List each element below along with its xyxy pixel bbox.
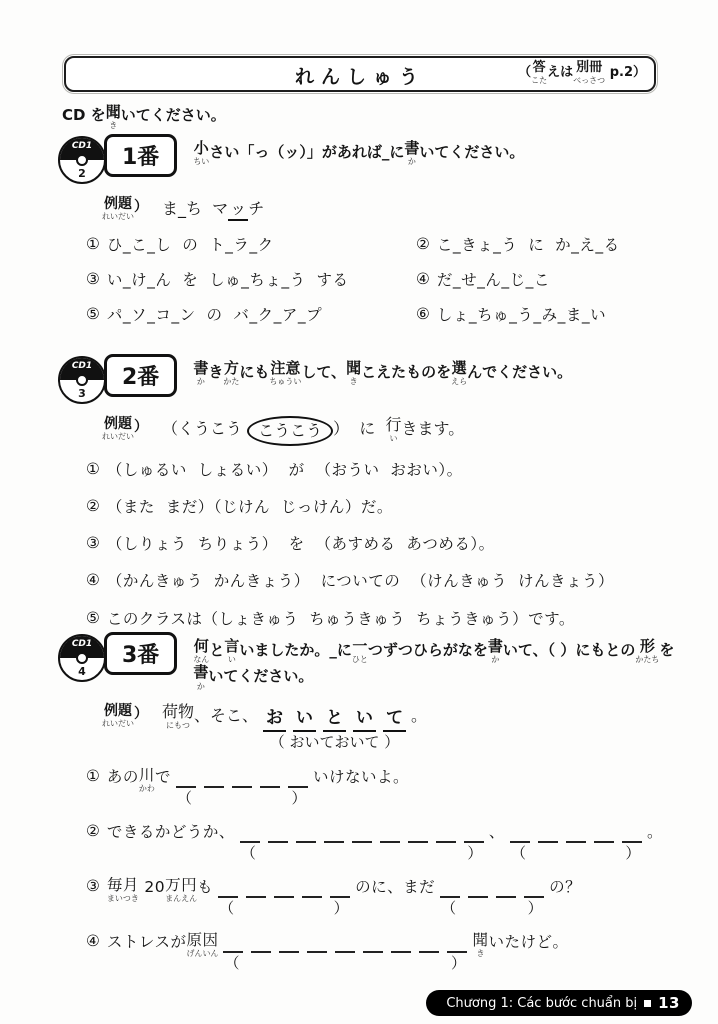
cd-hole-icon — [76, 652, 88, 664]
example-label: 例題れいだい） — [102, 416, 148, 441]
item-text: しょ_ちゅ_う_み_ま_い — [437, 305, 606, 325]
exercise-item: ⑤ このクラスは（しょきゅう ちゅうきゅう ちょうきゅう）です。 — [86, 609, 688, 629]
item-text: ひ_こ_し の ト_ラ_ク — [107, 235, 274, 255]
example-row: 例題れいだい） （くうこう こうこう） に 行いきます。 — [102, 416, 688, 446]
example-text: ま_ち マッチ — [162, 196, 264, 219]
exercise-items: ① あの川かわで（）いけないよ。 ② できるかどうか、（）、（）。 ③ 毎月まい… — [86, 767, 688, 974]
square-bullet-icon — [644, 1000, 651, 1007]
item-text: （また まだ）（じけん じっけん）だ。 — [107, 497, 393, 517]
item-number: ④ — [86, 571, 100, 589]
cd-track-number: 4 — [60, 665, 104, 678]
cd-disc-icon: CD1 4 — [58, 634, 106, 682]
example-row: 例題れいだい） ま_ち マッチ — [102, 196, 688, 221]
section-2: CD1 3 2番 書かき方かたにも注意ちゅういして、聞きこえたものを選えらんでく… — [58, 354, 688, 646]
exercise-item: ④ （かんきゅう かんきょう） についての （けんきゅう けんきょう） — [86, 571, 688, 591]
item-number: ⑤ — [86, 305, 100, 323]
exercise-items: ① ひ_こ_し の ト_ラ_ク ② こ_きょ_う に か_え_る ③ い_け_ん… — [86, 235, 688, 325]
section-3-head: CD1 4 3番 何なんと言いいましたか。_に一ひとつずつひらがなを書かいて、（… — [58, 632, 688, 691]
exercise-item: ③ （しりょう ちりょう） を （あすめる あつめる）。 — [86, 534, 688, 554]
example-text: 荷物にもつ、そこ、おいといて（ おいておいて ）。 — [162, 703, 427, 753]
item-text: 毎月まいつき 20万円まんえんも（）のに、まだ（）の？ — [107, 877, 581, 919]
example-row: 例題れいだい） 荷物にもつ、そこ、おいといて（ おいておいて ）。 — [102, 703, 688, 753]
item-text: このクラスは（しょきゅう ちゅうきゅう ちょうきゅう）です。 — [107, 609, 575, 629]
item-number: ② — [86, 497, 100, 515]
cd-disc-icon: CD1 3 — [58, 356, 106, 404]
section-instruction: 小ちいさい「っ（ッ）」があれば_に書かいてください。 — [193, 134, 524, 166]
exercise-item: ① あの川かわで（）いけないよ。 — [86, 767, 688, 809]
section-number-badge: 1番 — [104, 134, 177, 177]
item-text: （かんきゅう かんきょう） についての （けんきゅう けんきょう） — [107, 571, 614, 591]
exercise-item: ② できるかどうか、（）、（）。 — [86, 822, 688, 864]
exercise-item: ① ひ_こ_し の ト_ラ_ク — [86, 235, 416, 255]
exercise-item: ① （しゅるい しょるい） が （おうい おおい）。 — [86, 460, 688, 480]
exercise-item: ⑤ パ_ソ_コ_ン の バ_ク_ア_プ — [86, 305, 416, 325]
exercise-item: ③ い_け_ん を しゅ_ちょ_う する — [86, 270, 416, 290]
intro-line: CD を聞きいてください。 — [62, 104, 226, 130]
item-number: ③ — [86, 270, 100, 288]
item-number: ② — [416, 235, 430, 253]
item-text: い_け_ん を しゅ_ちょ_う する — [107, 270, 349, 290]
item-number: ⑥ — [416, 305, 430, 323]
cd-hole-icon — [76, 154, 88, 166]
section-1-head: CD1 2 1番 小ちいさい「っ（ッ）」があれば_に書かいてください。 — [58, 134, 688, 184]
item-number: ④ — [416, 270, 430, 288]
example-label: 例題れいだい） — [102, 196, 148, 221]
exercise-item: ⑥ しょ_ちゅ_う_み_ま_い — [416, 305, 688, 325]
item-number: ① — [86, 235, 100, 253]
item-text: できるかどうか、（）、（）。 — [107, 822, 663, 864]
answer-reference-note: （答こたえは別冊べっさつ p.2） — [518, 61, 646, 85]
section-number-badge: 2番 — [104, 354, 177, 397]
page-title: れんしゅう — [295, 62, 425, 89]
cd-track-number: 2 — [60, 167, 104, 180]
item-text: パ_ソ_コ_ン の バ_ク_ア_プ — [107, 305, 322, 325]
cd-disc-icon: CD1 2 — [58, 136, 106, 184]
item-number: ② — [86, 822, 100, 840]
exercise-items: ① （しゅるい しょるい） が （おうい おおい）。 ② （また まだ）（じけん… — [86, 460, 688, 629]
item-number: ⑤ — [86, 609, 100, 627]
chapter-title: Chương 1: Các bước chuẩn bị — [446, 996, 637, 1011]
item-number: ① — [86, 460, 100, 478]
header: れんしゅう （答こたえは別冊べっさつ p.2） — [64, 56, 656, 92]
exercise-item: ④ だ_せ_ん_じ_こ — [416, 270, 688, 290]
item-text: （しりょう ちりょう） を （あすめる あつめる）。 — [107, 534, 495, 554]
section-number-badge: 3番 — [104, 632, 177, 675]
example-label: 例題れいだい） — [102, 703, 148, 728]
exercise-item: ② こ_きょ_う に か_え_る — [416, 235, 688, 255]
example-text: （くうこう こうこう） に 行いきます。 — [162, 416, 464, 446]
item-number: ④ — [86, 932, 100, 950]
section-1: CD1 2 1番 小ちいさい「っ（ッ）」があれば_に書かいてください。 例題れい… — [58, 134, 688, 326]
item-number: ③ — [86, 534, 100, 552]
section-3: CD1 4 3番 何なんと言いいましたか。_に一ひとつずつひらがなを書かいて、（… — [58, 632, 688, 987]
worksheet-page: れんしゅう （答こたえは別冊べっさつ p.2） CD を聞きいてください。 CD… — [0, 0, 718, 1024]
item-text: だ_せ_ん_じ_こ — [437, 270, 550, 290]
page-footer-bar: Chương 1: Các bước chuẩn bị 13 — [426, 990, 692, 1016]
item-text: あの川かわで（）いけないよ。 — [107, 767, 409, 809]
cd-track-number: 3 — [60, 387, 104, 400]
exercise-item: ④ ストレスが原因げんいん（）聞きいたけど。 — [86, 932, 688, 974]
page-number: 13 — [658, 994, 680, 1012]
section-instruction: 何なんと言いいましたか。_に一ひとつずつひらがなを書かいて、（ ）にもとの形かた… — [193, 632, 688, 691]
item-text: こ_きょ_う に か_え_る — [437, 235, 620, 255]
section-instruction: 書かき方かたにも注意ちゅういして、聞きこえたものを選えらんでください。 — [193, 354, 572, 386]
item-number: ③ — [86, 877, 100, 895]
item-text: ストレスが原因げんいん（）聞きいたけど。 — [107, 932, 569, 974]
item-number: ① — [86, 767, 100, 785]
exercise-item: ③ 毎月まいつき 20万円まんえんも（）のに、まだ（）の？ — [86, 877, 688, 919]
exercise-item: ② （また まだ）（じけん じっけん）だ。 — [86, 497, 688, 517]
cd-hole-icon — [76, 374, 88, 386]
section-2-head: CD1 3 2番 書かき方かたにも注意ちゅういして、聞きこえたものを選えらんでく… — [58, 354, 688, 404]
item-text: （しゅるい しょるい） が （おうい おおい）。 — [107, 460, 463, 480]
